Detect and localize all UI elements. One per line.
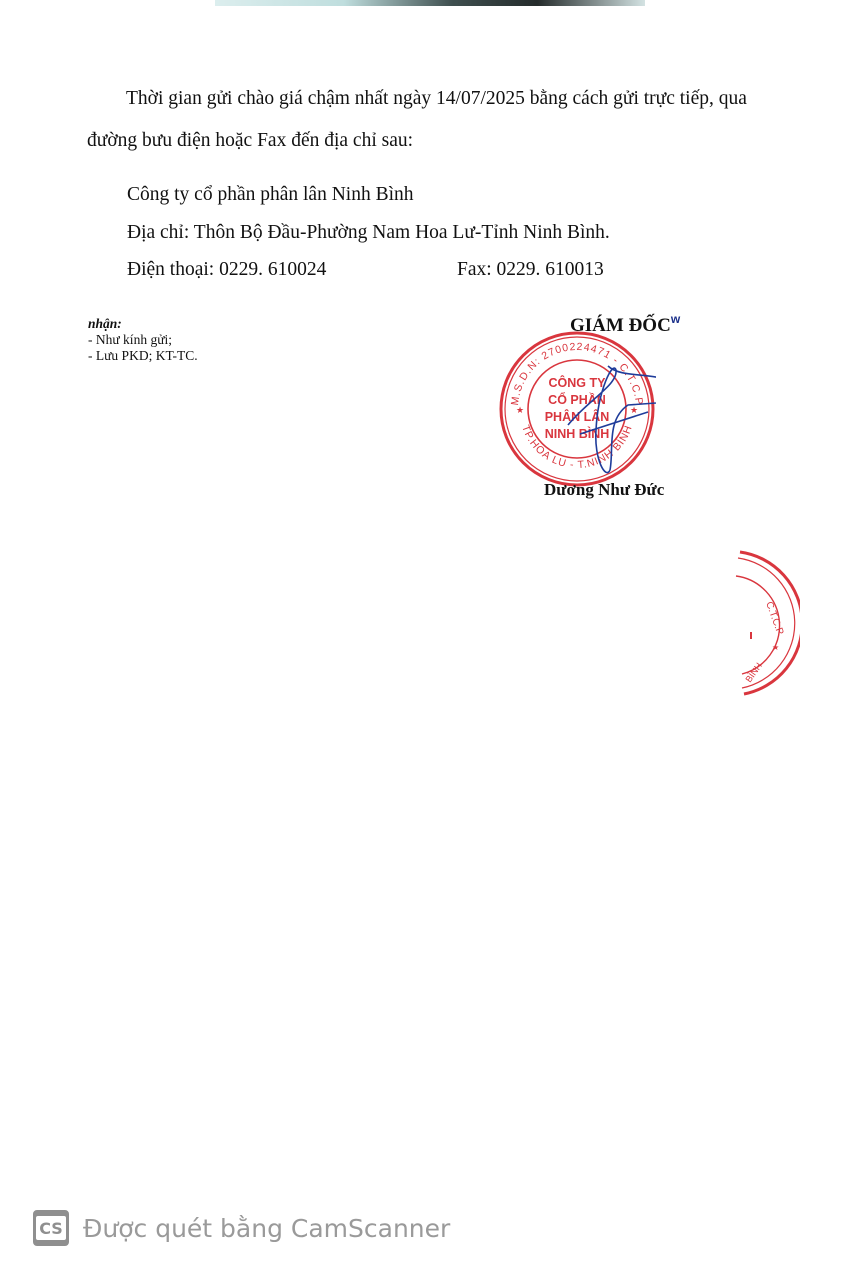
svg-text:★: ★ [772, 643, 779, 652]
company-address: Địa chỉ: Thôn Bộ Đầu-Phường Nam Hoa Lư-T… [127, 222, 610, 244]
svg-text:C.T.C.P: C.T.C.P [763, 600, 785, 636]
svg-text:★: ★ [630, 405, 638, 415]
deadline-notice-line-2: đường bưu điện hoặc Fax đến địa chỉ sau: [87, 130, 413, 152]
svg-text:CÔNG TY: CÔNG TY [549, 375, 607, 390]
camscanner-logo-icon: CS [33, 1210, 69, 1246]
camscanner-watermark: CS Được quét bằng CamScanner [33, 1210, 450, 1246]
initial-mark: w [671, 312, 680, 326]
partial-seal-icon: C.T.C.P BÌNH ★ [700, 548, 800, 698]
recipient-item: - Như kính gửi; [88, 332, 198, 348]
camscanner-text: Được quét bằng CamScanner [83, 1214, 450, 1243]
recipients-block: nhận: - Như kính gửi; - Lưu PKD; KT-TC. [88, 316, 198, 364]
signer-name: Dương Như Đức [544, 480, 664, 500]
company-seal-icon: M.S.D.N: 2700224471 - C.T.C.P TP.HOA LU … [498, 330, 656, 488]
svg-text:★: ★ [516, 405, 524, 415]
scan-top-edge [215, 0, 645, 6]
company-fax: Fax: 0229. 610013 [457, 259, 604, 281]
svg-text:PHÂN LÂN: PHÂN LÂN [545, 409, 610, 424]
recipient-item: - Lưu PKD; KT-TC. [88, 348, 198, 364]
svg-text:CỔ PHẦN: CỔ PHẦN [548, 392, 606, 407]
recipients-heading: nhận: [88, 316, 198, 332]
company-name: Công ty cổ phần phân lân Ninh Bình [127, 184, 414, 206]
deadline-notice-line-1: Thời gian gửi chào giá chậm nhất ngày 14… [126, 88, 747, 110]
company-phone: Điện thoại: 0229. 610024 [127, 259, 326, 281]
